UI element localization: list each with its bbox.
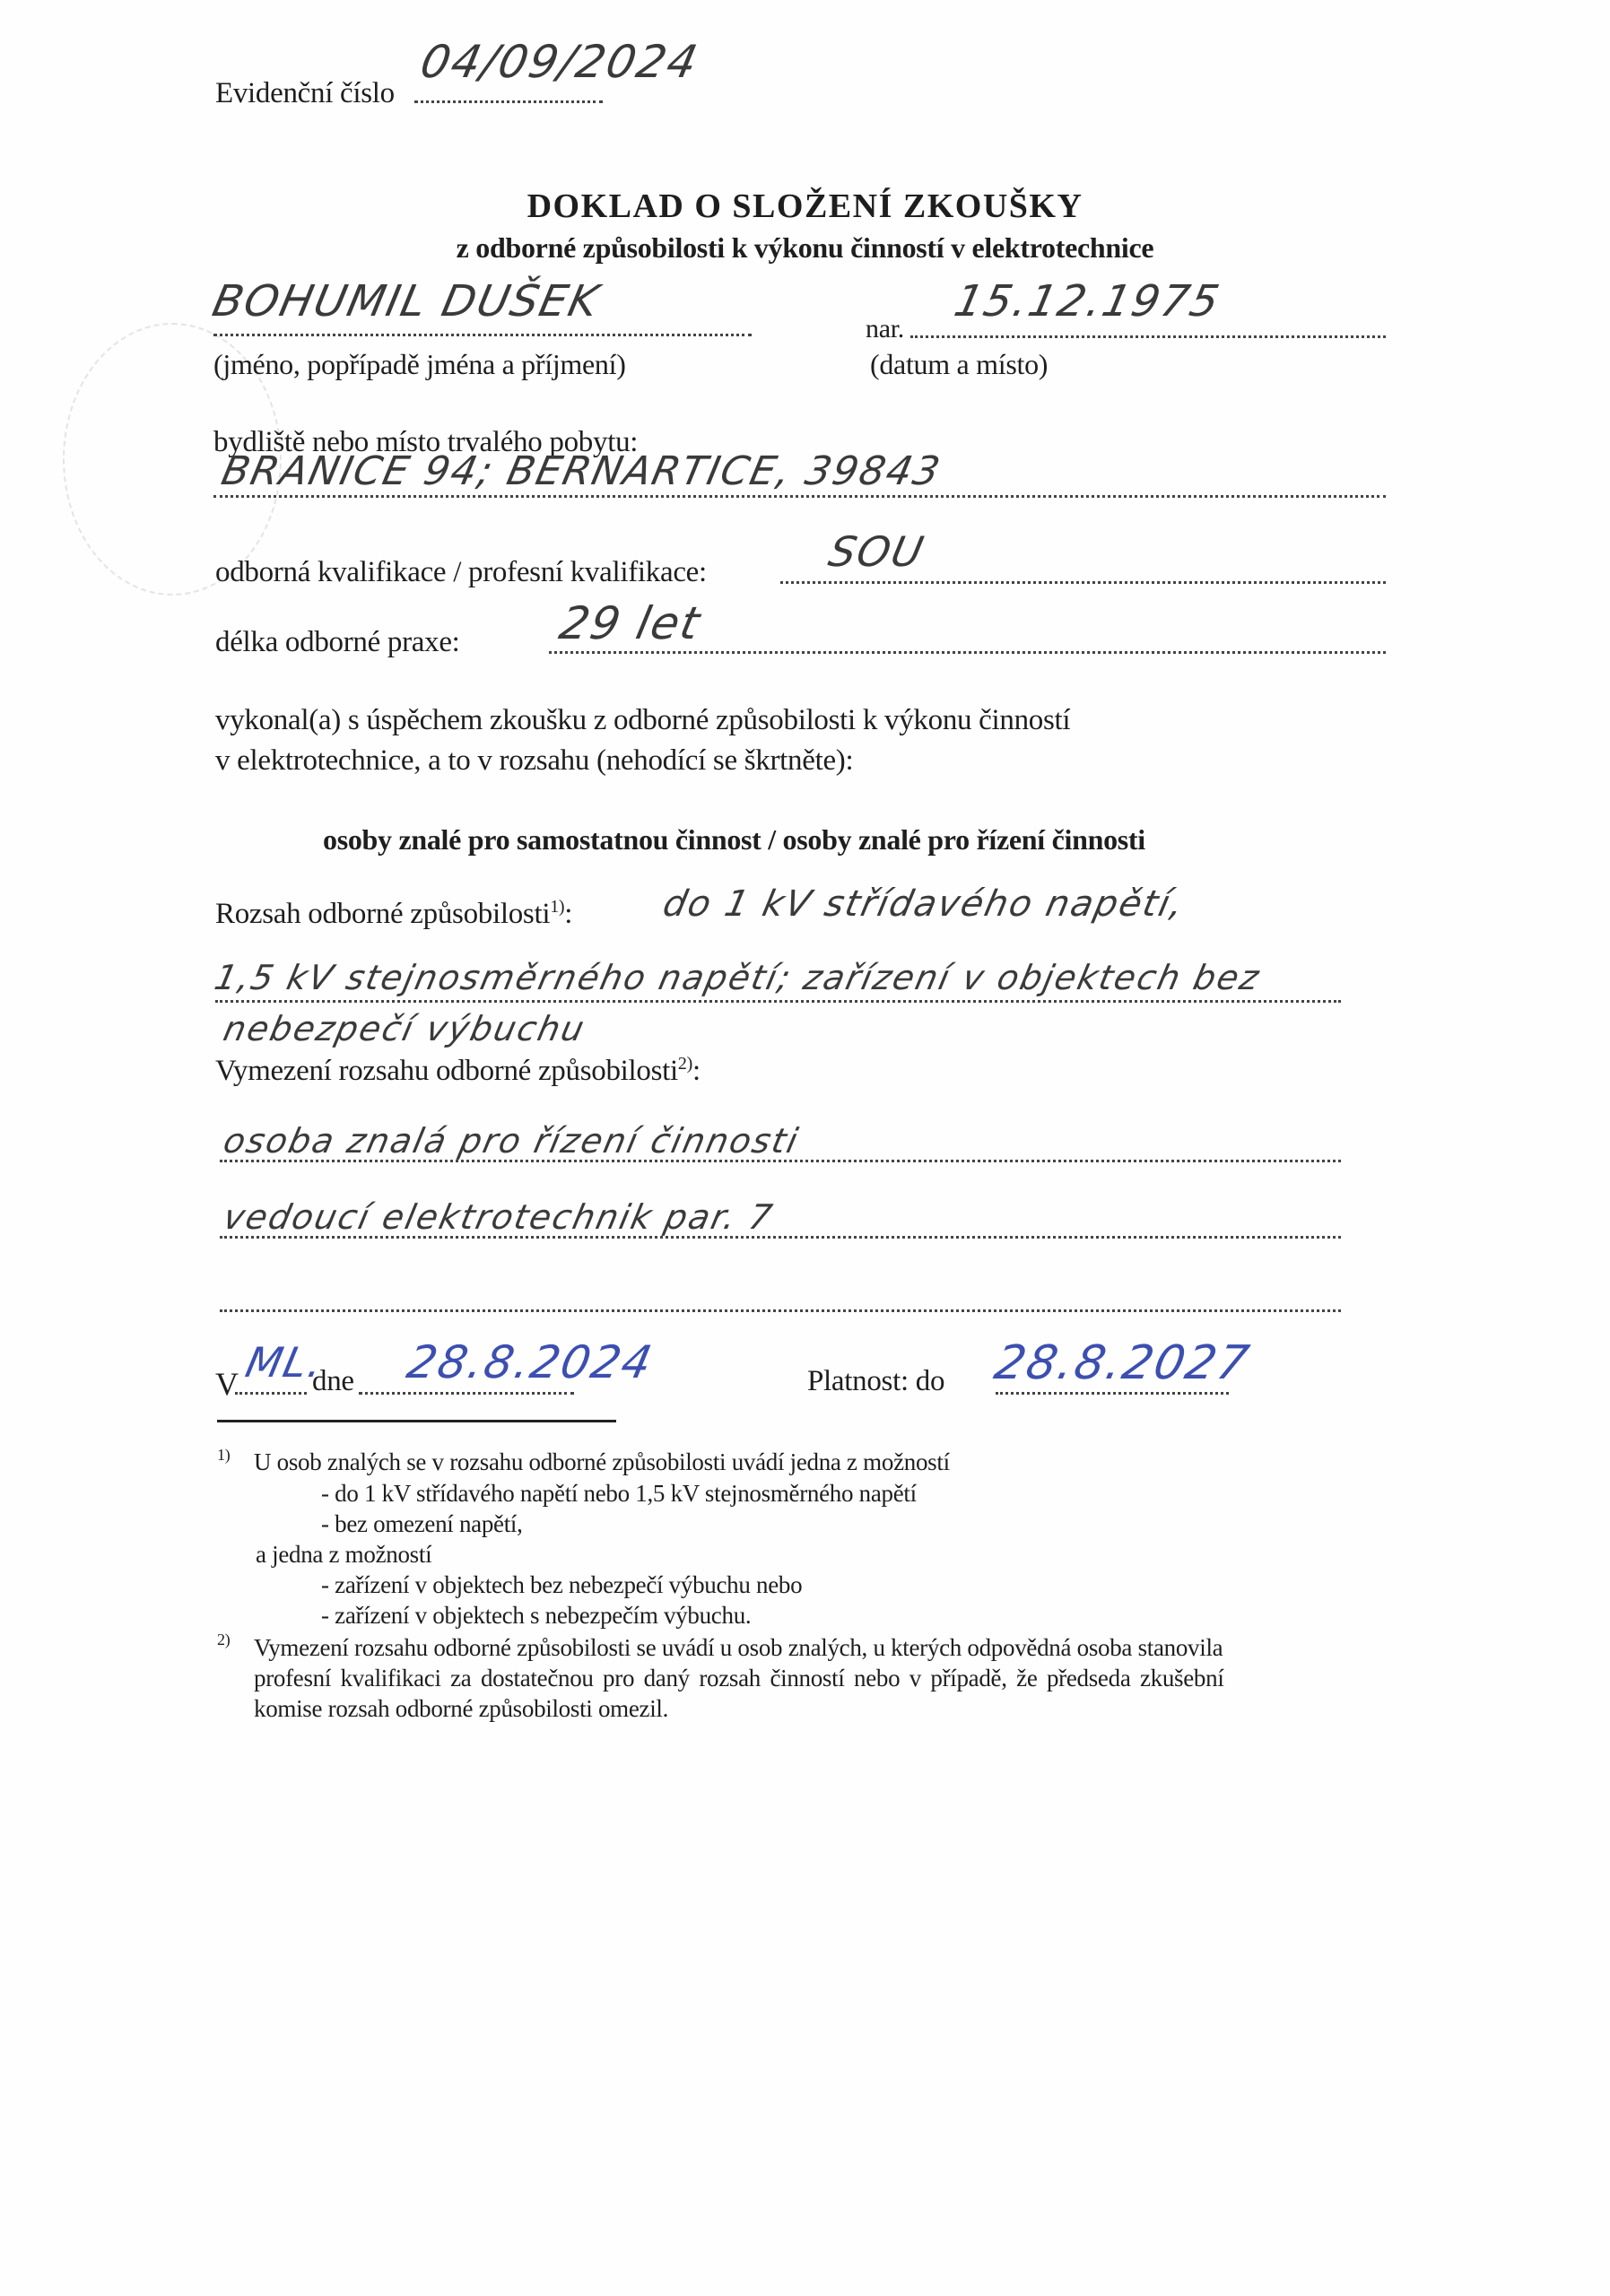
residence-value: BRANICE 94; BERNARTICE, 39843 <box>218 448 945 494</box>
scope-dots <box>215 1000 1341 1003</box>
birth-value: 15.12.1975 <box>950 276 1225 326</box>
scope-line-1: do 1 kV střídavého napětí, <box>659 883 1188 925</box>
footnote-2-line-1: Vymezení rozsahu odborné způsobilosti se… <box>254 1634 1223 1662</box>
birth-dots <box>910 335 1386 338</box>
footnote-1-mark: 1) <box>217 1446 230 1465</box>
validity-label: Platnost: do <box>807 1365 944 1398</box>
validity-dots <box>996 1392 1229 1395</box>
validity-value: 28.8.2027 <box>990 1336 1255 1390</box>
footnote-1-and: a jedna z možností <box>256 1541 431 1569</box>
person-name-value: BOHUMIL DUŠEK <box>208 276 605 326</box>
footnote-2-line-2: profesní kvalifikaci za dostatečnou pro … <box>254 1665 1224 1692</box>
statement-line-1: vykonal(a) s úspěchem zkoušku z odborné … <box>215 704 1070 737</box>
practice-dots <box>549 651 1386 654</box>
footnote-1-intro: U osob znalých se v rozsahu odborné způs… <box>254 1448 950 1476</box>
statement-line-2: v elektrotechnice, a to v rozsahu (nehod… <box>215 744 853 778</box>
document-page: Evidenční číslo 04/09/2024 DOKLAD O SLOŽ… <box>0 0 1610 2296</box>
date-dots <box>359 1392 574 1395</box>
footnote-1-option-4: - zařízení v objektech s nebezpečím výbu… <box>321 1602 751 1630</box>
practice-label: délka odborné praxe: <box>215 626 460 659</box>
scope-definition-dots-3 <box>220 1309 1341 1312</box>
evidence-number-dots <box>414 100 603 103</box>
footnote-1-option-1: - do 1 kV střídavého napětí nebo 1,5 kV … <box>321 1480 917 1508</box>
document-title: DOKLAD O SLOŽENÍ ZKOUŠKY <box>0 187 1610 226</box>
date-value: 28.8.2024 <box>403 1336 658 1388</box>
date-label: dne <box>312 1365 354 1398</box>
qualification-label: odborná kvalifikace / profesní kvalifika… <box>215 556 707 589</box>
scope-footnote-mark: 1) <box>550 897 564 917</box>
document-subtitle: z odborné způsobilosti k výkonu činností… <box>0 231 1610 265</box>
practice-value: 29 let <box>555 597 706 649</box>
scope-line-2: 1,5 kV stejnosměrného napětí; zařízení v… <box>211 958 1264 997</box>
scope-definition-dots-2 <box>220 1236 1341 1239</box>
scope-definition-label-text: Vymezení rozsahu odborné způsobilosti <box>215 1055 678 1087</box>
scope-definition-footnote-mark: 2) <box>678 1054 692 1074</box>
footnote-2-mark: 2) <box>217 1631 230 1649</box>
evidence-number-label: Evidenční číslo <box>215 77 395 110</box>
scope-definition-label: Vymezení rozsahu odborné způsobilosti2): <box>215 1054 701 1088</box>
person-name-caption: (jméno, popřípadě jména a příjmení) <box>213 348 626 381</box>
scope-definition-line-2: vedoucí elektrotechnik par. 7 <box>220 1197 777 1237</box>
scope-definition-dots-1 <box>220 1160 1341 1162</box>
footnote-1-option-2: - bez omezení napětí, <box>321 1510 523 1538</box>
birth-label: nar. <box>866 314 904 344</box>
qualification-dots <box>780 581 1386 584</box>
footnote-separator <box>217 1420 616 1422</box>
evidence-number-value: 04/09/2024 <box>416 36 704 88</box>
person-category: osoby znalé pro samostatnou činnost / os… <box>323 823 1145 857</box>
person-name-dots <box>213 334 752 336</box>
birth-caption: (datum a místo) <box>870 348 1048 381</box>
residence-dots <box>213 495 1386 498</box>
qualification-value: SOU <box>824 527 929 576</box>
place-dots <box>235 1392 307 1395</box>
footnote-1-option-3: - zařízení v objektech bez nebezpečí výb… <box>321 1571 802 1599</box>
place-label: V <box>215 1365 239 1403</box>
scope-line-3: nebezpečí výbuchu <box>220 1009 589 1048</box>
scope-definition-line-1: osoba znalá pro řízení činnosti <box>220 1121 803 1161</box>
footnote-2-line-3: komise rozsah odborné způsobilosti omezi… <box>254 1695 668 1723</box>
scope-label: Rozsah odborné způsobilosti1): <box>215 897 572 931</box>
scope-label-text: Rozsah odborné způsobilosti <box>215 898 550 930</box>
